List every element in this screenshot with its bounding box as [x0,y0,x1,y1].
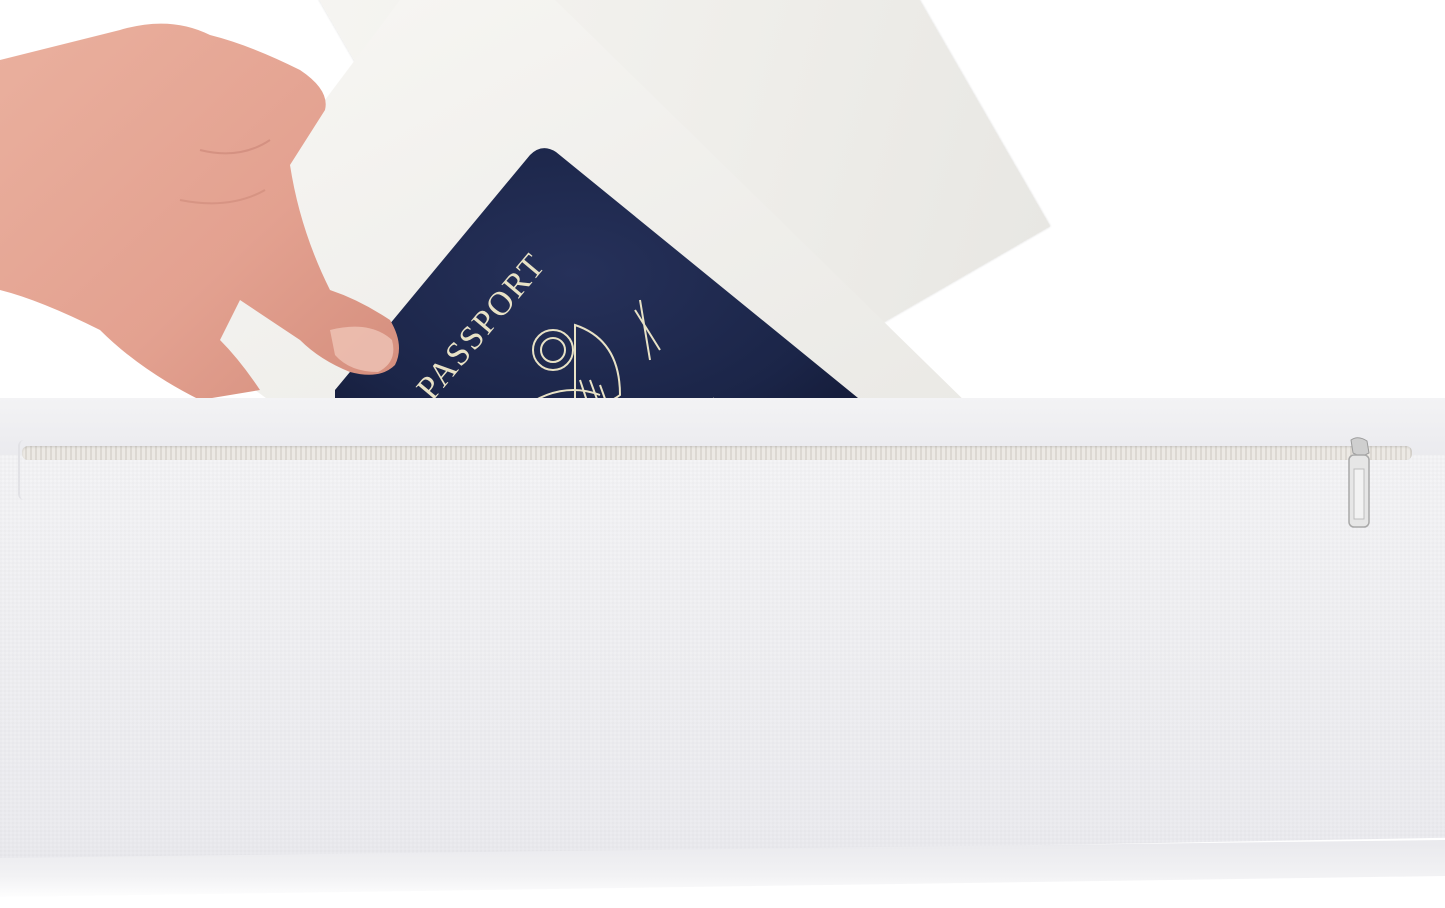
zipper-track[interactable] [22,446,1412,460]
zipper-pull-icon[interactable] [1343,435,1373,535]
belt-front-pocket [0,455,1445,900]
hand [0,0,420,400]
product-photo: Last Will and Testament PASSPORT [0,0,1445,908]
